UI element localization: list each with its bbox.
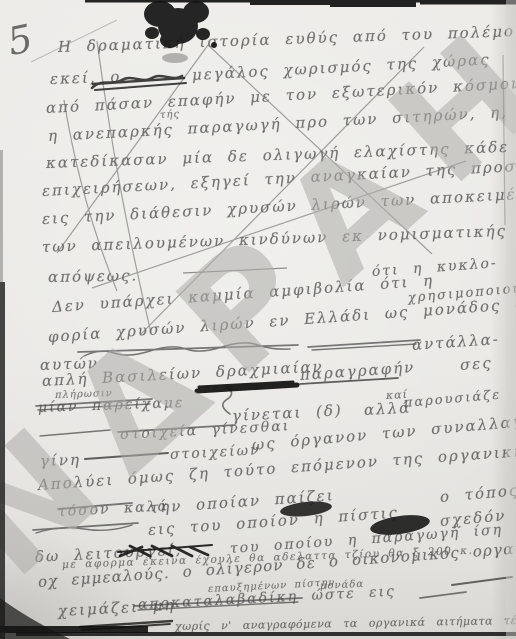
top-edge-bar — [85, 0, 516, 7]
right-edge-seam — [503, 0, 516, 639]
bottom-edge-bar — [0, 598, 516, 639]
left-edge-strip — [0, 150, 5, 639]
scanned-page: 5 Η δραματική ιστορία ευθύς από του πολέ… — [0, 0, 516, 639]
scan-edge-artifacts — [0, 0, 516, 639]
